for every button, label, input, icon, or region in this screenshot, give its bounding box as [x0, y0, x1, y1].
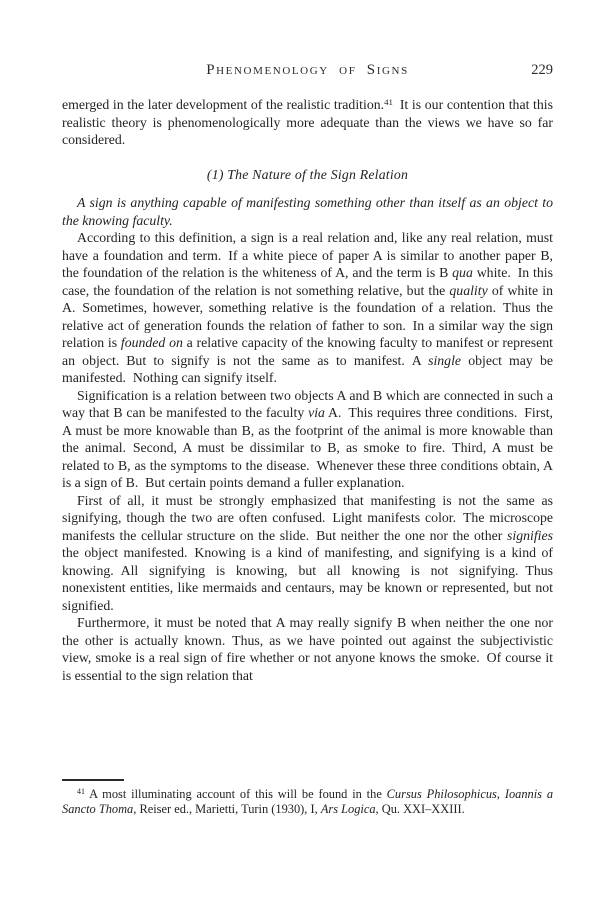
page-body: emerged in the later development of the …	[62, 96, 553, 684]
page-number: 229	[531, 62, 553, 79]
footnote-body: A most illuminating account of this will…	[62, 787, 553, 816]
running-head-title: Phenomenology of Signs	[62, 62, 553, 79]
running-head: Phenomenology of Signs 229	[62, 62, 553, 82]
paragraph: According to this definition, a sign is …	[62, 229, 553, 387]
paragraph: A sign is anything capable of manifestin…	[62, 194, 553, 229]
book-page: Phenomenology of Signs 229 emerged in th…	[0, 0, 616, 907]
footnote: 41 A most illuminating account of this w…	[62, 787, 553, 817]
footnote-block: 41 A most illuminating account of this w…	[62, 779, 553, 817]
paragraph: Signification is a relation between two …	[62, 387, 553, 492]
paragraph: Furthermore, it must be noted that A may…	[62, 614, 553, 684]
footnote-separator	[62, 779, 124, 781]
section-heading: (1) The Nature of the Sign Relation	[62, 166, 553, 184]
paragraph: First of all, it must be strongly emphas…	[62, 492, 553, 615]
footnote-marker: 41	[77, 787, 85, 796]
paragraph: emerged in the later development of the …	[62, 96, 553, 149]
